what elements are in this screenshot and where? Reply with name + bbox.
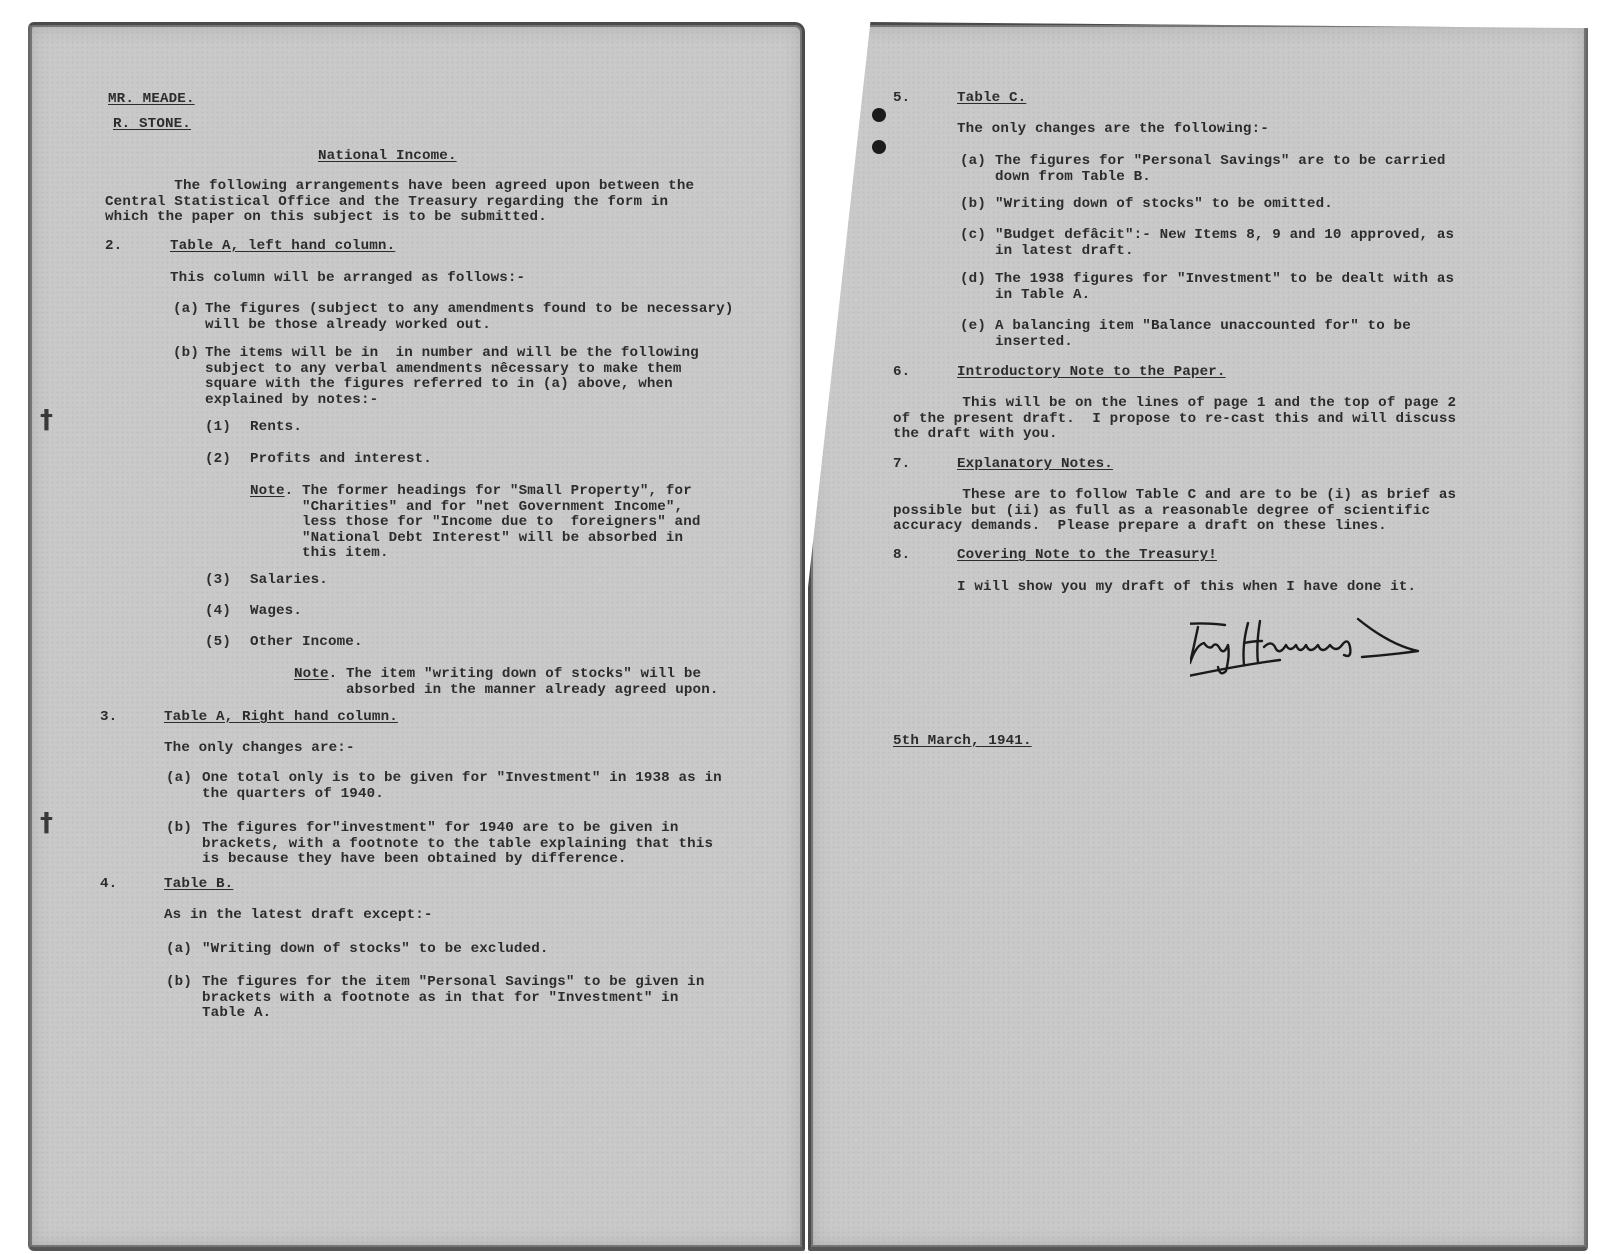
item-text: The figures (subject to any amendments f… — [205, 302, 734, 333]
section-body: I will show you my draft of this when I … — [957, 580, 1416, 596]
signature-icon: Francis Hemming — [1190, 615, 1510, 705]
sub-item-label: (1) — [205, 420, 231, 436]
item-label: (a) — [960, 154, 986, 170]
item-text: "Writing down of stocks" to be omitted. — [995, 197, 1333, 213]
item-label: (a) — [173, 302, 199, 318]
note-text: . The former headings for "Small Propert… — [250, 483, 701, 561]
item-text: The figures for "Personal Savings" are t… — [995, 154, 1446, 185]
margin-mark-icon: † — [40, 808, 53, 838]
sub-item-text: Profits and interest. — [250, 452, 432, 468]
section-heading: Table B. — [164, 877, 233, 893]
punch-hole-icon — [872, 108, 886, 122]
intro-paragraph: The following arrangements have been agr… — [105, 179, 694, 226]
section-lead: This column will be arranged as follows:… — [170, 271, 525, 287]
item-label: (b) — [173, 346, 199, 362]
section-number: 5. — [893, 91, 910, 107]
item-text: "Budget defâcit":- New Items 8, 9 and 10… — [995, 228, 1454, 259]
item-label: (a) — [166, 942, 192, 958]
note-block: Note. The item "writing down of stocks" … — [294, 667, 719, 698]
addressee-2: R. STONE. — [113, 117, 191, 133]
note-label: Note — [250, 483, 285, 499]
section-number: 2. — [105, 239, 122, 255]
section-heading: Explanatory Notes. — [957, 457, 1113, 473]
item-text: One total only is to be given for "Inves… — [202, 771, 722, 802]
section-heading: Table A, Right hand column. — [164, 710, 398, 726]
item-text: The figures for the item "Personal Savin… — [202, 975, 705, 1022]
sub-item-text: Rents. — [250, 420, 302, 436]
item-label: (b) — [166, 975, 192, 991]
sub-item-label: (2) — [205, 452, 231, 468]
note-text: . The item "writing down of stocks" will… — [294, 666, 719, 698]
item-text: The items will be in in number and will … — [205, 346, 699, 408]
section-number: 8. — [893, 548, 910, 564]
section-heading: Table C. — [957, 91, 1026, 107]
item-text: "Writing down of stocks" to be excluded. — [202, 942, 549, 958]
item-text: The figures for"investment" for 1940 are… — [202, 821, 713, 868]
margin-mark-icon: † — [40, 405, 53, 435]
sub-item-text: Salaries. — [250, 573, 328, 589]
section-body: These are to follow Table C and are to b… — [893, 488, 1456, 535]
item-label: (a) — [166, 771, 192, 787]
item-text: The 1938 figures for "Investment" to be … — [995, 272, 1454, 303]
section-heading: Introductory Note to the Paper. — [957, 365, 1226, 381]
note-label: Note — [294, 666, 329, 682]
section-number: 6. — [893, 365, 910, 381]
punch-hole-icon — [872, 140, 886, 154]
item-label: (b) — [960, 197, 986, 213]
note-block: Note. The former headings for "Small Pro… — [250, 484, 701, 562]
section-heading: Table A, left hand column. — [170, 239, 395, 255]
section-number: 3. — [100, 710, 117, 726]
addressee-1: MR. MEADE. — [108, 92, 195, 108]
document-date: 5th March, 1941. — [893, 734, 1032, 750]
item-text: A balancing item "Balance unaccounted fo… — [995, 319, 1411, 350]
item-label: (e) — [960, 319, 986, 335]
section-body: This will be on the lines of page 1 and … — [893, 396, 1456, 443]
sub-item-text: Other Income. — [250, 635, 363, 651]
page-title: National Income. — [318, 149, 457, 165]
sub-item-label: (3) — [205, 573, 231, 589]
sub-item-label: (5) — [205, 635, 231, 651]
section-heading: Covering Note to the Treasury! — [957, 548, 1217, 564]
section-number: 4. — [100, 877, 117, 893]
section-lead: The only changes are:- — [164, 741, 355, 757]
section-number: 7. — [893, 457, 910, 473]
section-lead: The only changes are the following:- — [957, 122, 1269, 138]
item-label: (c) — [960, 228, 986, 244]
section-lead: As in the latest draft except:- — [164, 908, 433, 924]
sub-item-text: Wages. — [250, 604, 302, 620]
sub-item-label: (4) — [205, 604, 231, 620]
item-label: (b) — [166, 821, 192, 837]
item-label: (d) — [960, 272, 986, 288]
